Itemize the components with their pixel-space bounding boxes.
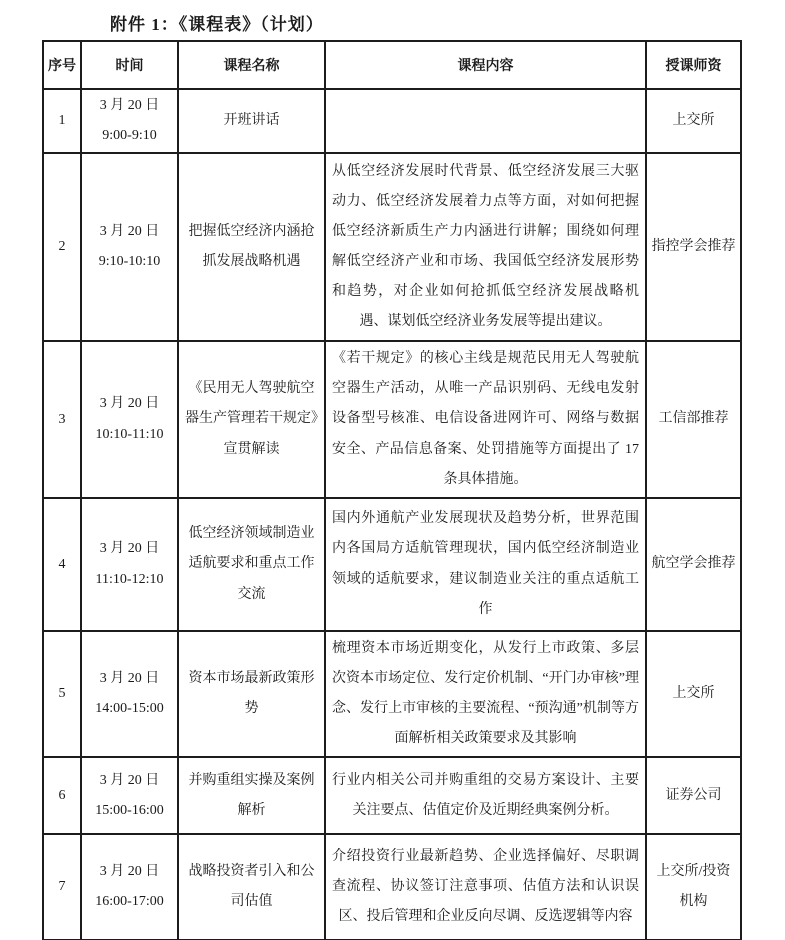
table-row: 2 3 月 20 日 9:10-10:10 把握低空经济内涵抢抓发展战略机遇 从…	[43, 153, 741, 341]
session-time: 10:10-11:10	[84, 420, 175, 450]
page-title: 附件 1：《课程表》（计划）	[110, 10, 324, 35]
time-cell: 3 月 20 日 10:10-11:10	[81, 341, 178, 498]
instructor: 上交所	[646, 89, 741, 153]
row-number: 3	[43, 341, 81, 498]
instructor: 航空学会推荐	[646, 498, 741, 631]
session-time: 14:00-15:00	[84, 694, 175, 724]
course-content	[325, 89, 646, 153]
course-name: 资本市场最新政策形势	[178, 631, 325, 757]
session-date: 3 月 20 日	[84, 389, 175, 419]
table-row: 5 3 月 20 日 14:00-15:00 资本市场最新政策形势 梳理资本市场…	[43, 631, 741, 757]
course-content: 国内外通航产业发展现状及趋势分析，世界范围内各国局方适航管理现状，国内低空经济制…	[325, 498, 646, 631]
instructor: 工信部推荐	[646, 341, 741, 498]
time-cell: 3 月 20 日 9:10-10:10	[81, 153, 178, 341]
row-number: 7	[43, 834, 81, 940]
time-cell: 3 月 20 日 15:00-16:00	[81, 757, 178, 834]
session-date: 3 月 20 日	[84, 91, 175, 121]
session-time: 9:10-10:10	[84, 247, 175, 277]
instructor: 指控学会推荐	[646, 153, 741, 341]
course-content: 从低空经济发展时代背景、低空经济发展三大驱动力、低空经济发展着力点等方面，对如何…	[325, 153, 646, 341]
instructor: 上交所	[646, 631, 741, 757]
time-cell: 3 月 20 日 9:00-9:10	[81, 89, 178, 153]
row-number: 1	[43, 89, 81, 153]
time-cell: 3 月 20 日 16:00-17:00	[81, 834, 178, 940]
course-content: 行业内相关公司并购重组的交易方案设计、主要关注要点、估值定价及近期经典案例分析。	[325, 757, 646, 834]
session-date: 3 月 20 日	[84, 217, 175, 247]
col-header-content: 课程内容	[325, 41, 646, 89]
col-header-course: 课程名称	[178, 41, 325, 89]
session-time: 16:00-17:00	[84, 887, 175, 917]
session-time: 9:00-9:10	[84, 121, 175, 151]
time-cell: 3 月 20 日 14:00-15:00	[81, 631, 178, 757]
time-cell: 3 月 20 日 11:10-12:10	[81, 498, 178, 631]
table-row: 6 3 月 20 日 15:00-16:00 并购重组实操及案例解析 行业内相关…	[43, 757, 741, 834]
course-name: 并购重组实操及案例解析	[178, 757, 325, 834]
col-header-no: 序号	[43, 41, 81, 89]
table-row: 3 3 月 20 日 10:10-11:10 《民用无人驾驶航空器生产管理若干规…	[43, 341, 741, 498]
course-content: 梳理资本市场近期变化，从发行上市政策、多层次资本市场定位、发行定价机制、“开门办…	[325, 631, 646, 757]
header-row: 序号 时间 课程名称 课程内容 授课师资	[43, 41, 741, 89]
session-time: 11:10-12:10	[84, 565, 175, 595]
table-row: 1 3 月 20 日 9:00-9:10 开班讲话 上交所	[43, 89, 741, 153]
course-schedule-table: 序号 时间 课程名称 课程内容 授课师资 1 3 月 20 日 9:00-9:1…	[42, 40, 742, 940]
col-header-instructor: 授课师资	[646, 41, 741, 89]
row-number: 2	[43, 153, 81, 341]
table-row: 7 3 月 20 日 16:00-17:00 战略投资者引入和公司估值 介绍投资…	[43, 834, 741, 940]
col-header-time: 时间	[81, 41, 178, 89]
document-page: 附件 1：《课程表》（计划） 序号 时间 课程名称 课程内容 授课师资 1 3 …	[0, 0, 785, 940]
row-number: 4	[43, 498, 81, 631]
course-name: 《民用无人驾驶航空器生产管理若干规定》宣贯解读	[178, 341, 325, 498]
session-date: 3 月 20 日	[84, 857, 175, 887]
course-name: 低空经济领域制造业适航要求和重点工作交流	[178, 498, 325, 631]
session-date: 3 月 20 日	[84, 664, 175, 694]
row-number: 5	[43, 631, 81, 757]
session-date: 3 月 20 日	[84, 766, 175, 796]
table-row: 4 3 月 20 日 11:10-12:10 低空经济领域制造业适航要求和重点工…	[43, 498, 741, 631]
session-date: 3 月 20 日	[84, 534, 175, 564]
row-number: 6	[43, 757, 81, 834]
course-name: 把握低空经济内涵抢抓发展战略机遇	[178, 153, 325, 341]
course-name: 开班讲话	[178, 89, 325, 153]
course-name: 战略投资者引入和公司估值	[178, 834, 325, 940]
session-time: 15:00-16:00	[84, 796, 175, 826]
course-content: 《若干规定》的核心主线是规范民用无人驾驶航空器生产活动，从唯一产品识别码、无线电…	[325, 341, 646, 498]
course-content: 介绍投资行业最新趋势、企业选择偏好、尽职调查流程、协议签订注意事项、估值方法和认…	[325, 834, 646, 940]
instructor: 证券公司	[646, 757, 741, 834]
instructor: 上交所/投资机构	[646, 834, 741, 940]
